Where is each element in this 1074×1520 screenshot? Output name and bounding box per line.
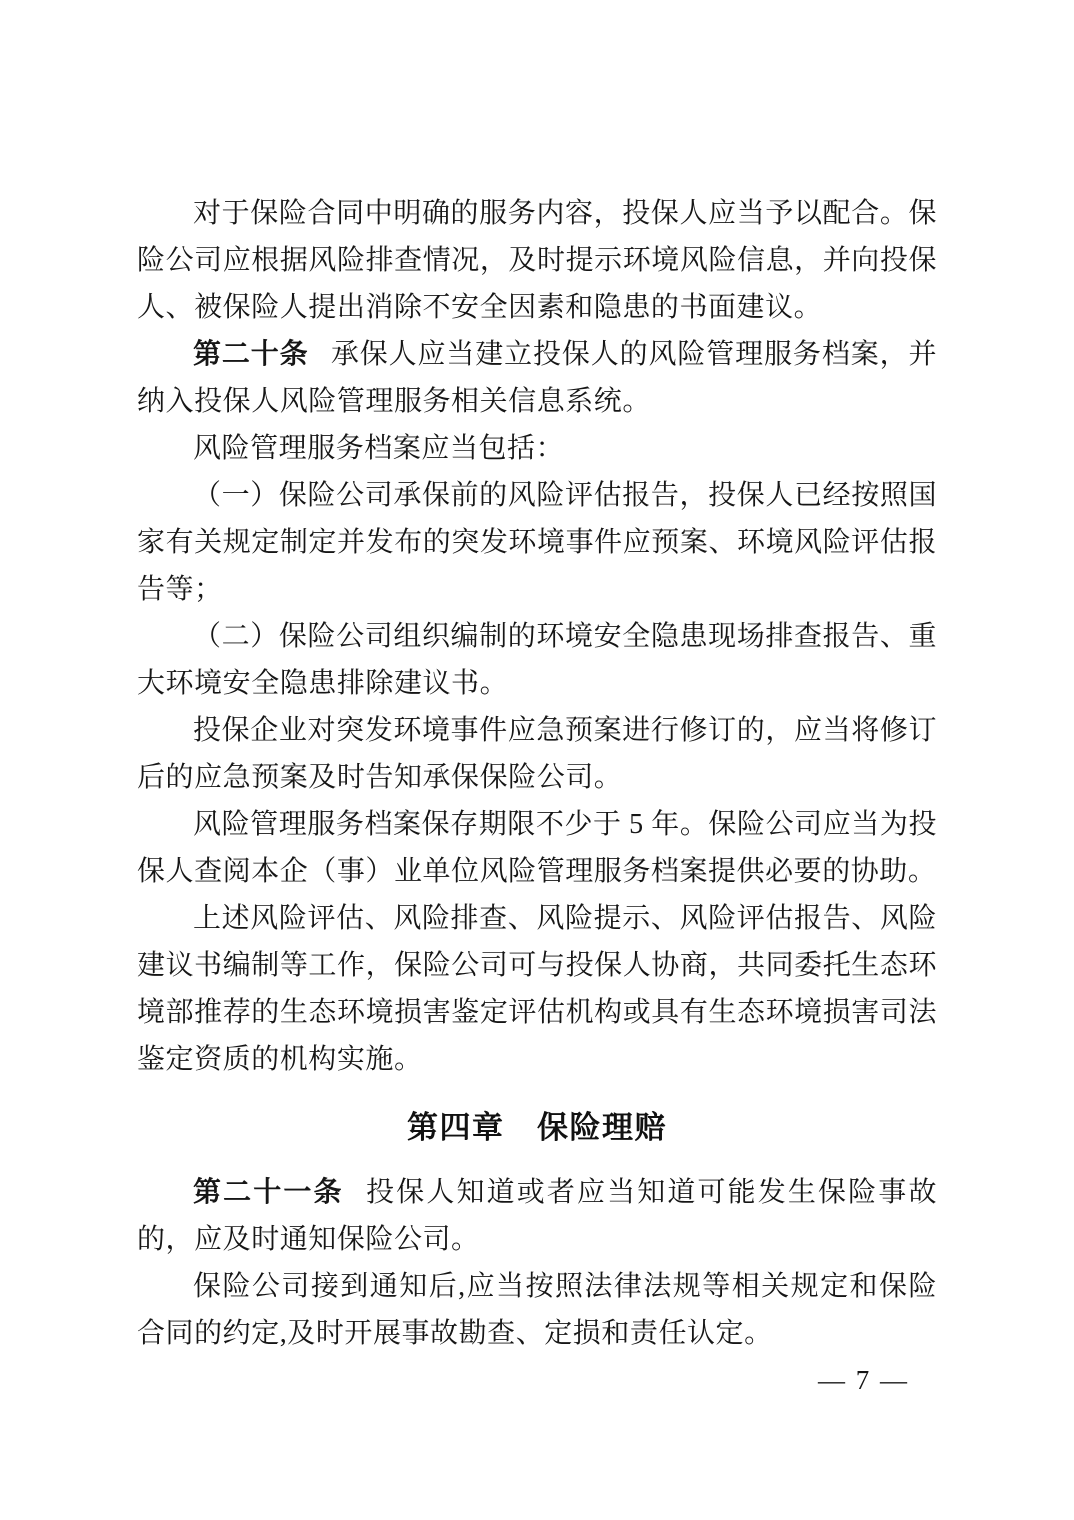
article-number: 第二十一条: [193, 1177, 366, 1208]
paragraph: 投保企业对突发环境事件应急预案进行修订的，应当将修订后的应急预案及时告知承保保险…: [137, 707, 937, 801]
paragraph: 上述风险评估、风险排查、风险提示、风险评估报告、风险建议书编制等工作，保险公司可…: [137, 895, 937, 1083]
page-number: — 7 —: [137, 1357, 937, 1404]
paragraph: （二）保险公司组织编制的环境安全隐患现场排查报告、重大环境安全隐患排除建议书。: [137, 613, 937, 707]
document-page: 对于保险合同中明确的服务内容，投保人应当予以配合。保险公司应根据风险排查情况，及…: [0, 0, 1074, 1520]
chapter-heading: 第四章 保险理赔: [137, 1104, 937, 1151]
paragraph: 保险公司接到通知后,应当按照法律法规等相关规定和保险合同的约定,及时开展事故勘查…: [137, 1263, 937, 1357]
paragraph: 第二十一条投保人知道或者应当知道可能发生保险事故的，应及时通知保险公司。: [137, 1169, 937, 1263]
paragraph: 对于保险合同中明确的服务内容，投保人应当予以配合。保险公司应根据风险排查情况，及…: [137, 190, 937, 331]
paragraph: 风险管理服务档案应当包括：: [137, 425, 937, 472]
paragraph: （一）保险公司承保前的风险评估报告，投保人已经按照国家有关规定制定并发布的突发环…: [137, 472, 937, 613]
paragraph: 风险管理服务档案保存期限不少于 5 年。保险公司应当为投保人查阅本企（事）业单位…: [137, 801, 937, 895]
paragraph: 第二十条承保人应当建立投保人的风险管理服务档案，并纳入投保人风险管理服务相关信息…: [137, 331, 937, 425]
article-number: 第二十条: [193, 339, 331, 370]
